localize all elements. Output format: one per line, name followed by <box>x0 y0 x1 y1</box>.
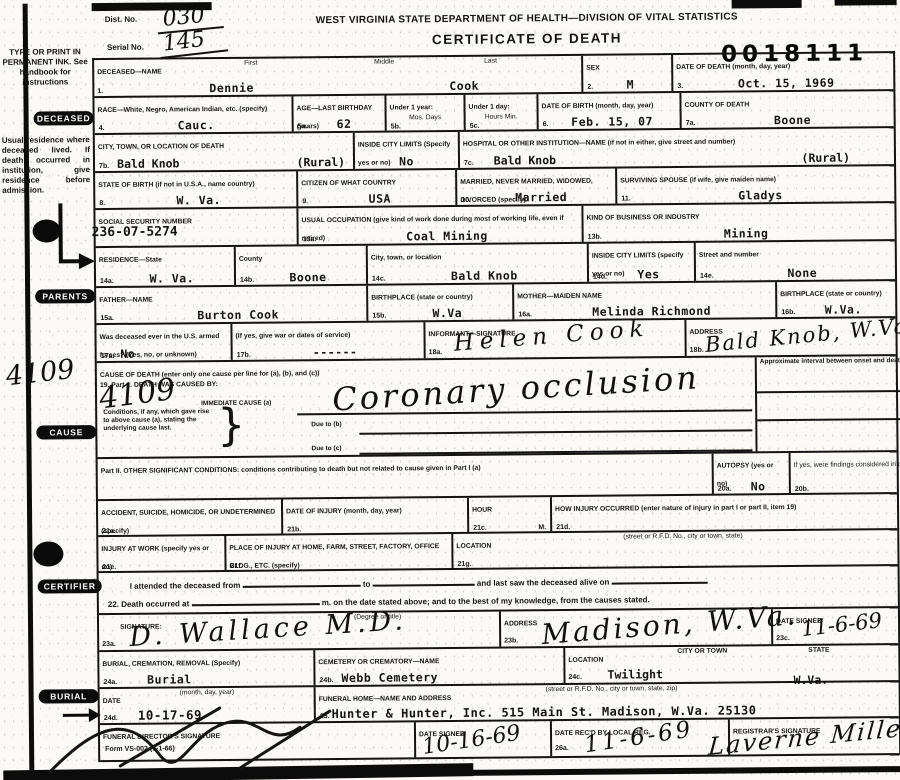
cause-of-death-field[interactable]: CAUSE OF DEATH (enter only one cause per… <box>97 357 758 457</box>
sex-value: M <box>626 77 634 91</box>
state-of-birth-value: W. Va. <box>176 193 221 207</box>
citizen-value: USA <box>369 192 391 206</box>
conditions-brace: } <box>217 400 245 451</box>
war-dates-label: (If yes, give war or dates of service) <box>235 332 350 340</box>
field-number: 3. <box>677 83 683 90</box>
under-1-day-field[interactable]: Under 1 day: Hours Min. 5c. <box>465 94 538 130</box>
informant-address-value: Bald Knob, W.Va. <box>704 313 900 357</box>
field-number: 21g. <box>457 561 471 568</box>
section-label-deceased: DECEASED <box>34 111 94 126</box>
due-to-b-label: Due to (b) <box>311 421 341 429</box>
age-value: 62 <box>337 117 352 131</box>
field-number: 18a. <box>429 349 443 356</box>
section-label-burial: BURIAL <box>39 689 99 704</box>
burial-location-field[interactable]: LOCATION CITY OR TOWN STATE 24c. Twiligh… <box>565 645 898 683</box>
residence-state-field[interactable]: RESIDENCE—State 14a.W. Va. <box>96 247 236 286</box>
mother-birthplace-value: W.Va. <box>825 302 862 316</box>
attended-to-blank[interactable] <box>373 575 475 587</box>
burial-type-field[interactable]: BURIAL, CREMATION, REMOVAL (Specify) 24a… <box>99 650 315 687</box>
field-number: 14b. <box>240 277 254 284</box>
registrar-signature-field[interactable]: REGISTRAR'S SIGNATURE Laverne Miller <box>730 718 899 754</box>
field-number: 14e. <box>700 273 714 280</box>
field-number: 14a. <box>100 278 114 285</box>
war-dates-field[interactable]: (If yes, give war or dates of service) 1… <box>232 322 425 360</box>
citizen-field[interactable]: CITIZEN OF WHAT COUNTRY 9.USA <box>298 170 457 206</box>
sex-field[interactable]: SEX 2.M <box>583 55 673 92</box>
burial-city-value: Twilight <box>607 667 663 681</box>
middle-sublabel: Middle <box>374 58 394 66</box>
informant-address-field[interactable]: ADDRESS 18b. Bald Knob, W.Va. <box>686 318 895 356</box>
field-number: 6. <box>543 121 549 128</box>
field-number: 15a. <box>100 315 114 322</box>
residence-street-value: None <box>787 266 817 280</box>
director-date-signed-value: 10-16-69 <box>421 721 522 760</box>
date-received-value: 11-6-69 <box>583 716 695 758</box>
city-of-death-field[interactable]: CITY, TOWN, OR LOCATION OF DEATH 7b. Bal… <box>95 133 355 171</box>
deceased-name-field[interactable]: DECEASED—NAME First Middle Last 1. Denni… <box>94 56 583 96</box>
residence-city-field[interactable]: City, town, or location 14c.Bald Knob <box>368 244 589 284</box>
injury-at-work-field[interactable]: INJURY AT WORK (specify yes or no) 21e. <box>98 536 226 571</box>
last-name-value: Cook <box>449 79 479 93</box>
under-1-day-label: Under 1 day: <box>469 103 510 110</box>
field-number: 21f. <box>231 563 243 570</box>
funeral-home-sublabel: (street or R.F.D. No., city or town, sta… <box>546 685 678 694</box>
field-number: 21c. <box>473 525 487 532</box>
war-dates-value: ------ <box>313 345 358 359</box>
field-number: 21b. <box>287 526 301 533</box>
margin-code-handwritten: 4109 <box>4 354 76 393</box>
field-number: 14c. <box>372 276 386 283</box>
certifier-address-field[interactable]: ADDRESS 23b. Madison, W.Va. <box>501 609 773 646</box>
mother-name-label: MOTHER—MAIDEN NAME <box>517 293 602 301</box>
mother-name-value: Melinda Richmond <box>592 304 711 319</box>
hospital-rural-value: (Rural) <box>801 151 850 165</box>
pointer-arrow <box>28 199 95 280</box>
funeral-home-field[interactable]: FUNERAL HOME—NAME AND ADDRESS (street or… <box>316 682 899 721</box>
state-of-birth-field[interactable]: STATE OF BIRTH (if not in U.S.A., name c… <box>95 171 298 208</box>
race-label: RACE—White, Negro, American Indian, etc.… <box>98 106 268 114</box>
accident-field[interactable]: ACCIDENT, SUICIDE, HOMICIDE, OR UNDETERM… <box>98 499 283 535</box>
field-number: 17a. <box>101 353 115 360</box>
occupation-field[interactable]: USUAL OCCUPATION (give kind of work done… <box>298 206 583 244</box>
date-received-field[interactable]: DATE REC'D BY LOCAL REG. 26a. 11-6-69 <box>552 720 730 757</box>
scan-smudge <box>732 0 802 9</box>
serial-no-label: Serial No. <box>107 43 144 52</box>
field-number: 23b. <box>504 637 518 644</box>
findings-label: If yes, were findings considered in dete… <box>794 460 900 469</box>
field-number: 13b. <box>588 234 602 241</box>
conditions-note: Conditions, if any, which gave rise to a… <box>103 408 215 432</box>
citizen-label: CITIZEN OF WHAT COUNTRY <box>301 179 396 187</box>
field-number: 17b. <box>237 352 251 359</box>
residence-street-label: Street and number <box>699 251 759 259</box>
industry-value: Mining <box>724 226 769 240</box>
burial-city-label: CITY OR TOWN <box>677 648 727 656</box>
field-number: 5b. <box>391 123 401 130</box>
cemetery-field[interactable]: CEMETERY OR CREMATORY—NAME 24b.Webb Ceme… <box>315 648 565 685</box>
field-number: 13a. <box>303 236 317 243</box>
county-of-death-label: COUNTY OF DEATH <box>684 101 749 109</box>
registrar-signature-value: Laverne Miller <box>707 713 900 761</box>
under-1-year-sublabel: Mos. Days <box>390 114 461 122</box>
field-number: 23a. <box>102 641 116 648</box>
autopsy-value: No <box>751 479 766 493</box>
field-number: 18b. <box>690 347 704 354</box>
field-number: 5a. <box>298 123 308 130</box>
field-number: 15b. <box>372 313 386 320</box>
burial-type-label: BURIAL, CREMATION, REMOVAL (Specify) <box>102 660 240 668</box>
certifier-date-value: 11-6-69 <box>800 608 883 641</box>
date-of-death-field[interactable]: DATE OF DEATH (month, day, year) 3.Oct. … <box>673 53 893 91</box>
mother-birthplace-label: BIRTHPLACE (state or country) <box>780 290 882 298</box>
first-name-value: Dennie <box>209 81 254 95</box>
how-injury-field[interactable]: HOW INJURY OCCURRED (enter nature of inj… <box>552 494 897 531</box>
residence-city-label: City, town, or location <box>371 254 442 262</box>
date-of-death-value: Oct. 15, 1969 <box>738 76 835 91</box>
date-of-birth-value: Feb. 15, 07 <box>571 114 653 129</box>
burial-date-sublabel: (month, day, year) <box>180 689 235 697</box>
attended-alive-blank[interactable] <box>612 573 708 585</box>
armed-forces-field[interactable]: Was deceased ever in the U.S. armed forc… <box>96 324 232 361</box>
certificate-title: CERTIFICATE OF DEATH <box>327 30 727 48</box>
industry-label: KIND OF BUSINESS OR INDUSTRY <box>586 214 699 222</box>
sex-label: SEX <box>586 65 600 72</box>
dist-no-label: Dist. No. <box>105 15 138 24</box>
under-1-year-label: Under 1 year: <box>390 104 434 111</box>
father-birthplace-value: W.Va <box>432 306 462 320</box>
interval-label: Approximate interval between onset and d… <box>760 357 900 366</box>
ink-instructions: TYPE OR PRINT IN PERMANENT INK. See hand… <box>1 47 89 88</box>
informant-signature-value: Helen Cook <box>453 315 650 356</box>
autopsy-field[interactable]: AUTOPSY (yes or no) 20a.No <box>714 453 791 494</box>
father-name-value: Burton Cook <box>197 307 279 322</box>
section-label-certifier: CERTIFIER <box>38 579 102 594</box>
occupation-value: Coal Mining <box>406 229 488 244</box>
city-of-death-label: CITY, TOWN, OR LOCATION OF DEATH <box>98 143 224 151</box>
field-number: 8. <box>99 200 105 207</box>
armed-forces-value: No <box>120 347 135 361</box>
occurred-blank[interactable] <box>191 594 319 606</box>
attended-mid: to <box>363 580 371 589</box>
part2-label: Part II. OTHER SIGNIFICANT CONDITIONS: c… <box>101 465 481 475</box>
surviving-spouse-value: Gladys <box>738 188 783 202</box>
mother-name-field[interactable]: MOTHER—MAIDEN NAME 16a.Melinda Richmond <box>514 282 777 319</box>
interval-line <box>757 390 900 393</box>
field-number: 20b. <box>795 486 809 493</box>
field-number: 2. <box>587 84 593 91</box>
residence-state-label: RESIDENCE—State <box>99 257 162 265</box>
interval-line <box>757 418 900 421</box>
state-of-birth-label: STATE OF BIRTH (if not in U.S.A., name c… <box>98 181 255 189</box>
certifier-date-field[interactable]: DATE SIGNED 23c. 11-6-69 <box>773 608 898 644</box>
attended-from-blank[interactable] <box>243 576 361 588</box>
field-number: 7b. <box>99 163 109 170</box>
injury-date-label: DATE OF INJURY (month, day, year) <box>286 507 402 515</box>
surviving-spouse-field[interactable]: SURVIVING SPOUSE (if wife, give maiden n… <box>617 166 894 203</box>
burial-location-label: LOCATION <box>568 657 603 664</box>
residence-state-value: W. Va. <box>149 271 194 285</box>
interval-column[interactable]: Approximate interval between onset and d… <box>757 356 900 451</box>
form-number: Form VS-002 (1-1-66) <box>105 745 175 753</box>
ssn-field[interactable]: SOCIAL SECURITY NUMBER 236-07-5274 <box>95 208 298 246</box>
occurred-post: m. on the date stated above; and to the … <box>322 595 650 607</box>
field-number: 9. <box>302 198 308 205</box>
county-of-death-value: Boone <box>774 113 811 127</box>
date-of-birth-field[interactable]: DATE OF BIRTH (month, day, year) 6.Feb. … <box>538 93 681 129</box>
field-number: 21e. <box>103 564 117 571</box>
field-number: 21d. <box>556 524 570 531</box>
injury-date-field[interactable]: DATE OF INJURY (month, day, year) 21b. <box>283 498 469 534</box>
certifier-signature-field[interactable]: SIGNATURE: (Degree or title) 23a. D. Wal… <box>99 612 501 651</box>
last-sublabel: Last <box>484 58 497 66</box>
scan-smudge <box>835 0 897 6</box>
field-number: 24c. <box>568 674 582 681</box>
county-of-death-field[interactable]: COUNTY OF DEATH 7a.Boone <box>681 91 893 128</box>
director-date-signed-field[interactable]: DATE SIGNED 10-16-69 <box>416 721 552 757</box>
field-number: 5c. <box>470 123 480 130</box>
section-label-parents: PARENTS <box>35 289 95 304</box>
field-number: 23c. <box>776 635 790 642</box>
certifier-address-label: ADDRESS <box>504 620 537 627</box>
residence-note: Usual residence where deceased lived. If… <box>2 135 91 196</box>
due-to-c-label: Due to (c) <box>311 445 341 453</box>
injury-hour-field[interactable]: HOUR 21c.M. <box>469 497 552 532</box>
field-number: 16b. <box>781 309 795 316</box>
date-of-birth-label: DATE OF BIRTH (month, day, year) <box>542 102 654 110</box>
field-number: 26a. <box>555 745 569 752</box>
how-injury-label: HOW INJURY OCCURRED (enter nature of inj… <box>555 504 796 513</box>
field-number: 10. <box>461 197 471 204</box>
part2-conditions-field[interactable]: Part II. OTHER SIGNIFICANT CONDITIONS: c… <box>98 454 714 499</box>
residence-county-field[interactable]: County 14b.Boone <box>236 246 368 285</box>
certificate-sheet: TYPE OR PRINT IN PERMANENT INK. See hand… <box>0 0 900 780</box>
father-birthplace-field[interactable]: BIRTHPLACE (state or country) 15b.W.Va <box>368 284 514 320</box>
funeral-director-field[interactable]: FUNERAL DIRECTOR'S SIGNATURE <box>100 722 416 760</box>
injury-location-label: LOCATION <box>456 543 491 550</box>
field-number: 24b. <box>320 677 334 684</box>
father-birthplace-label: BIRTHPLACE (state or country) <box>371 294 473 302</box>
ssn-value: 236-07-5274 <box>92 224 178 240</box>
inside-city-limits-field[interactable]: INSIDE CITY LIMITS (Specify yes or no) N… <box>355 132 460 169</box>
hospital-value: Bald Knob <box>494 153 556 168</box>
hospital-field[interactable]: HOSPITAL OR OTHER INSTITUTION—NAME (if n… <box>460 128 894 168</box>
under-1-year-field[interactable]: Under 1 year: Mos. Days 5b. <box>386 95 465 131</box>
city-rural-value: (Rural) <box>296 155 345 169</box>
burial-date-label: DATE <box>103 698 121 705</box>
deceased-name-label: DECEASED—NAME <box>97 69 162 77</box>
hospital-label: HOSPITAL OR OTHER INSTITUTION—NAME (if n… <box>463 139 735 148</box>
race-field[interactable]: RACE—White, Negro, American Indian, etc.… <box>94 96 293 133</box>
industry-field[interactable]: KIND OF BUSINESS OR INDUSTRY 13b.Mining <box>583 203 894 242</box>
field-number: 1. <box>97 88 103 95</box>
cemetery-label: CEMETERY OR CREMATORY—NAME <box>318 658 439 666</box>
injury-location-field[interactable]: LOCATION (street or R.F.D. No., city or … <box>453 530 897 568</box>
surviving-spouse-label: SURVIVING SPOUSE (if wife, give maiden n… <box>620 176 776 184</box>
residence-street-field[interactable]: Street and number 14e.None <box>696 241 895 281</box>
age-field[interactable]: AGE—LAST BIRTHDAY (years) 5a.62 <box>293 96 386 132</box>
scan-smudge <box>433 766 900 776</box>
funeral-home-label: FUNERAL HOME—NAME AND ADDRESS <box>319 695 452 703</box>
residence-limits-field[interactable]: INSIDE CITY LIMITS (specify yes or no) 1… <box>589 243 696 282</box>
occurred-pre: 22. Death occurred at <box>108 599 189 609</box>
field-number: 7c. <box>464 160 474 167</box>
race-value: Cauc. <box>177 118 214 132</box>
field-number: 14d. <box>593 274 607 281</box>
informant-signature-field[interactable]: INFORMANT—SIGNATURE 18a. Helen Cook <box>425 320 686 358</box>
section-label-cause: CAUSE <box>36 425 96 440</box>
residence-county-value: Boone <box>289 270 326 284</box>
funeral-director-signature <box>40 708 401 780</box>
field-number: 21a. <box>102 528 116 535</box>
field-number: 16a. <box>518 311 532 318</box>
field-number: 11. <box>621 195 630 202</box>
attended-pre: I attended the deceased from <box>130 581 241 591</box>
first-sublabel: First <box>244 60 257 68</box>
date-of-death-label: DATE OF DEATH (month, day, year) <box>676 63 790 71</box>
residence-county-label: County <box>239 256 262 263</box>
burial-state-label: STATE <box>808 647 829 655</box>
marital-status-value: Married <box>515 190 567 204</box>
residence-limits-value: Yes <box>637 267 659 281</box>
inside-city-limits-value: No <box>399 154 414 168</box>
hour-suffix: M. <box>538 524 546 531</box>
burial-type-value: Burial <box>147 672 192 686</box>
field-number: 7a. <box>686 120 696 127</box>
certificate-form: DECEASED—NAME First Middle Last 1. Denni… <box>92 51 900 762</box>
marital-status-field[interactable]: MARRIED, NEVER MARRIED, WIDOWED, DIVORCE… <box>457 169 617 205</box>
residence-city-value: Bald Knob <box>451 268 518 283</box>
findings-field[interactable]: If yes, were findings considered in dete… <box>791 451 900 493</box>
field-number: 4. <box>99 125 105 132</box>
field-number: 24a. <box>104 679 118 686</box>
due-to-b-line <box>359 429 752 434</box>
mother-birthplace-field[interactable]: BIRTHPLACE (state or country) 16b.W.Va. <box>777 281 895 317</box>
cemetery-value: Webb Cemetery <box>341 670 438 685</box>
department-title: WEST VIRGINIA STATE DEPARTMENT OF HEALTH… <box>277 11 777 26</box>
under-1-day-sublabel: Hours Min. <box>469 113 534 121</box>
father-name-field[interactable]: FATHER—NAME 15a.Burton Cook <box>96 286 368 323</box>
injury-hour-label: HOUR <box>472 507 492 514</box>
ink-dot <box>33 541 63 566</box>
place-of-injury-field[interactable]: PLACE OF INJURY AT HOME, FARM, STREET, F… <box>226 534 453 570</box>
injury-location-sublabel: (street or R.F.D. No., city or town, sta… <box>623 532 742 541</box>
father-name-label: FATHER—NAME <box>99 297 153 304</box>
field-number: 20a. <box>718 486 732 493</box>
city-of-death-value: Bald Knob <box>117 156 179 171</box>
attended-post: and last saw the deceased alive on <box>477 578 610 588</box>
